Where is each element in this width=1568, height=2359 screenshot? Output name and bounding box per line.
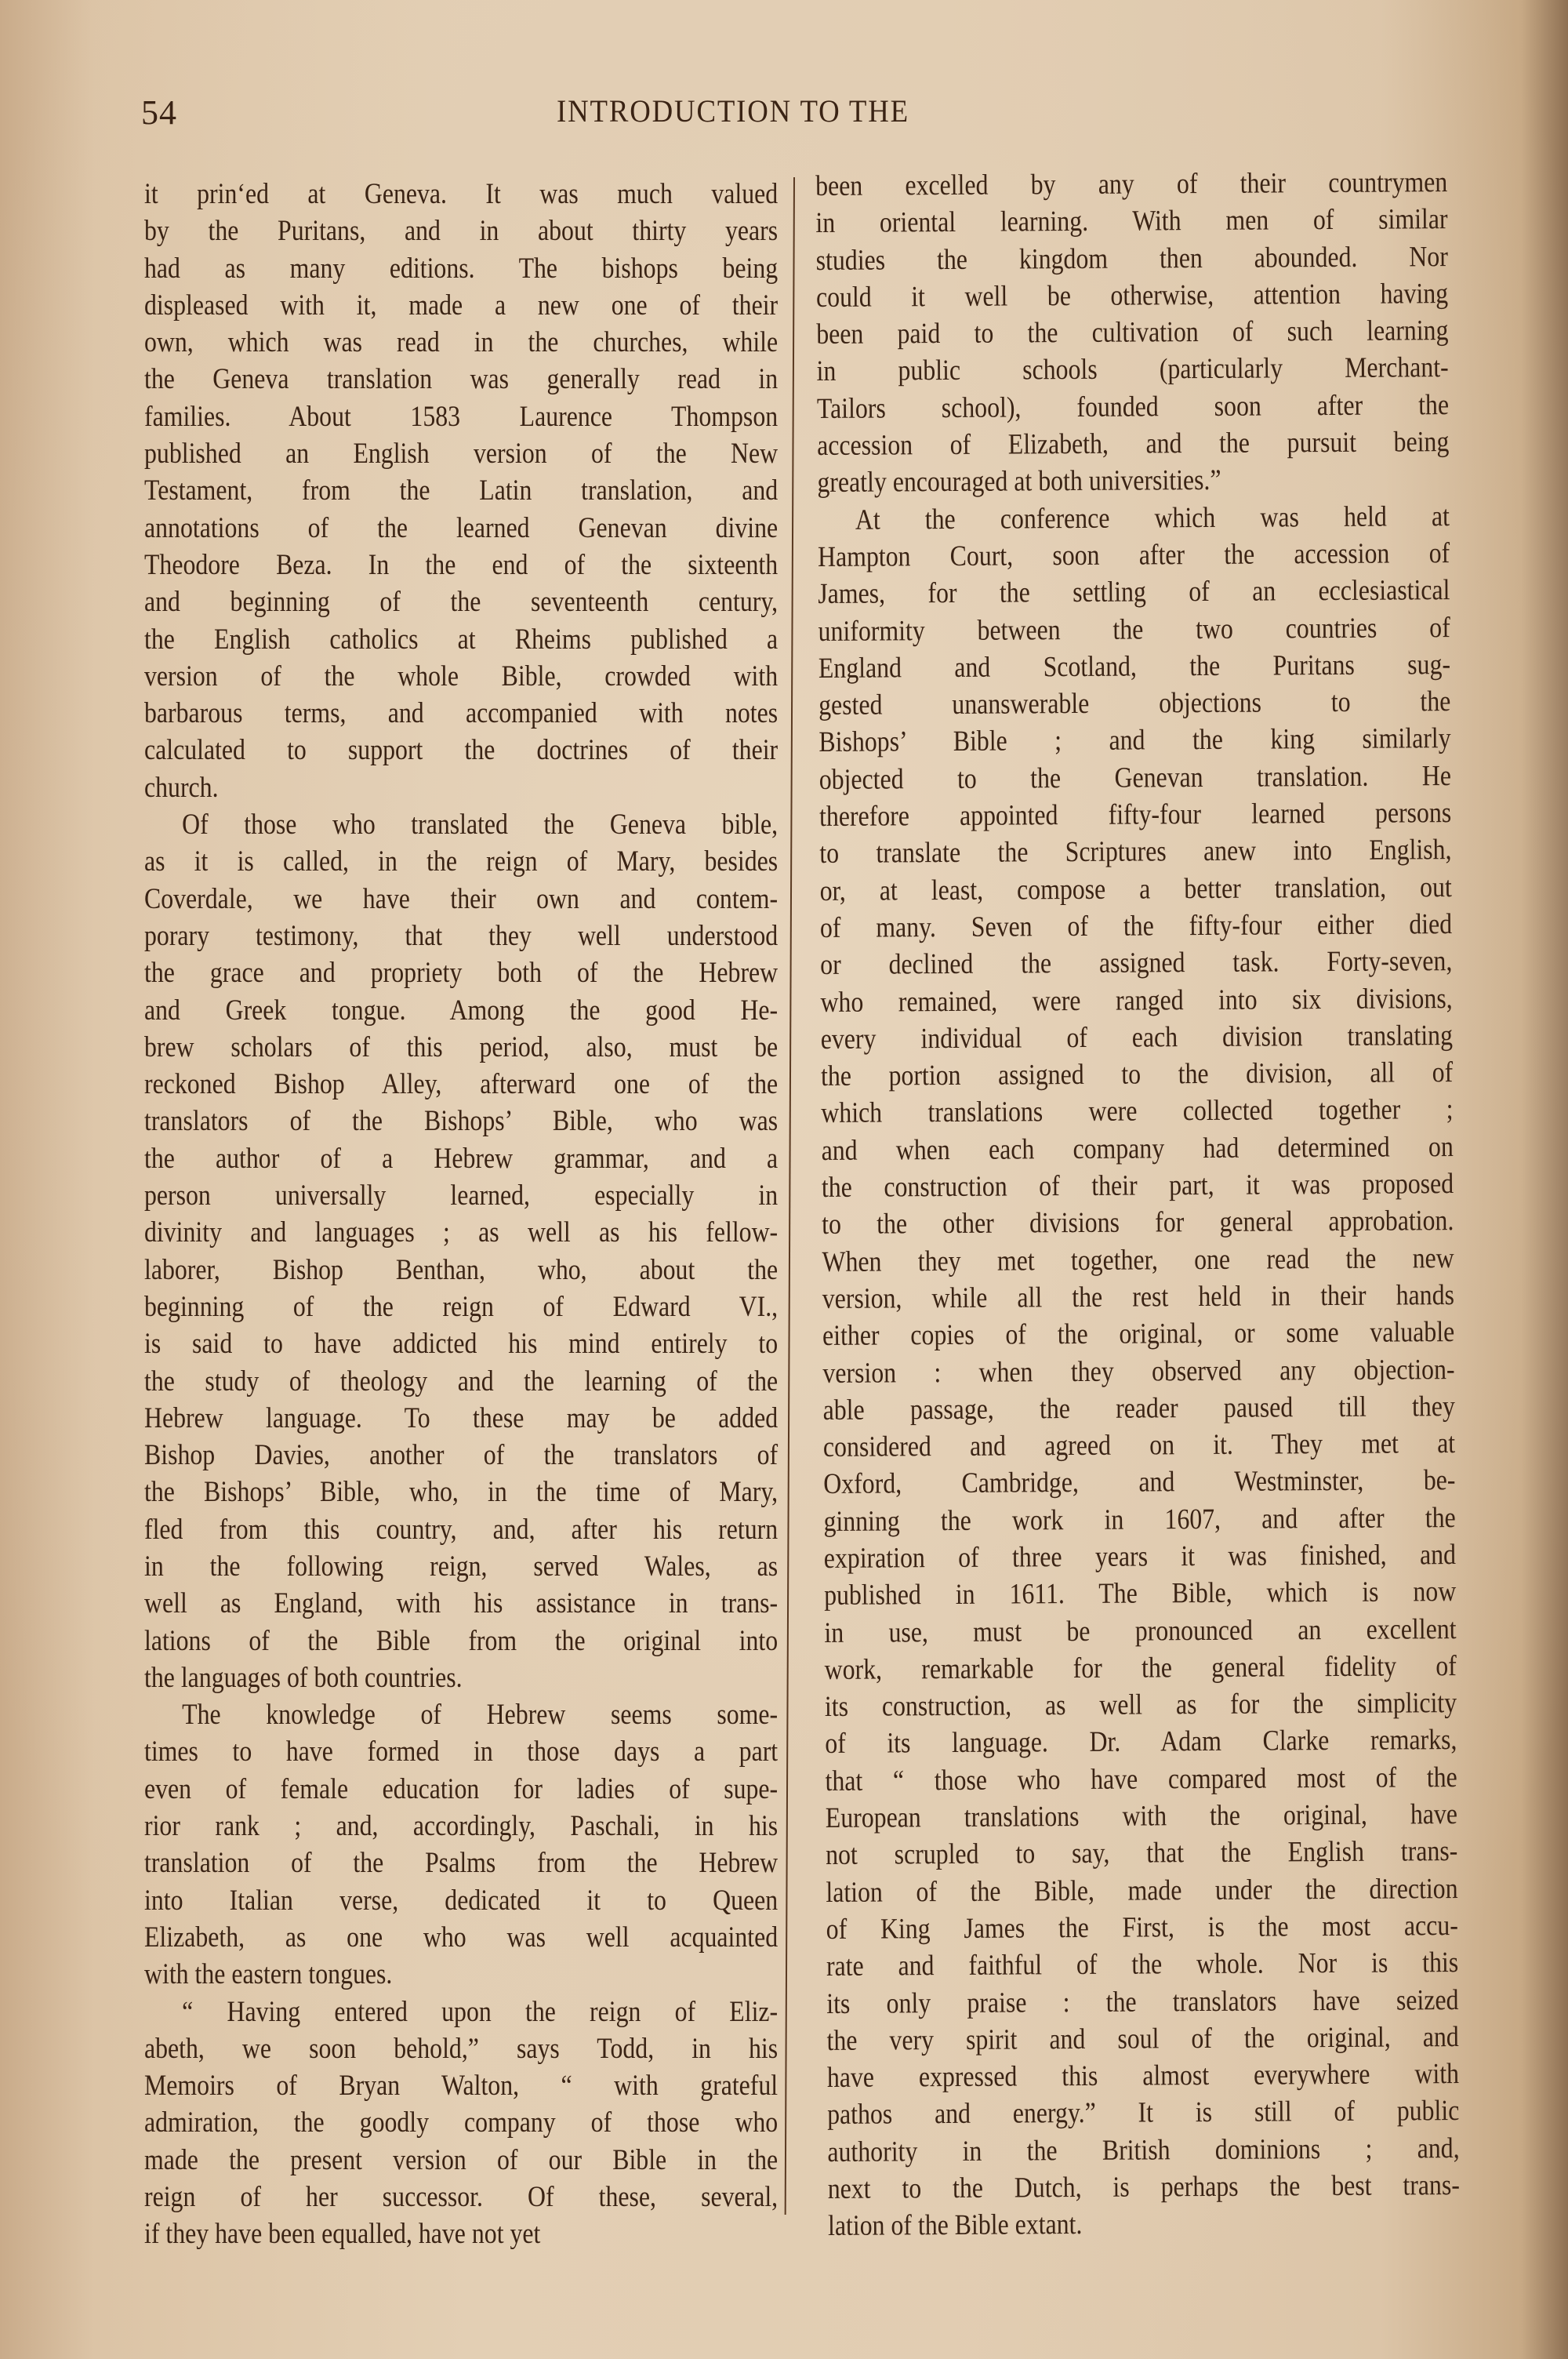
text-line: in use, must be pronounced an excellent xyxy=(824,1611,1456,1652)
text-line: could it well be otherwise, attention ha… xyxy=(816,275,1448,316)
text-line: Bishops’ Bible ; and the king similarly xyxy=(818,721,1450,761)
text-line: own, which was read in the churches, whi… xyxy=(144,324,778,361)
text-line: Bishop Davies, another of the translator… xyxy=(144,1437,778,1474)
text-line: rate and faithful of the whole. Nor is t… xyxy=(826,1944,1458,1985)
text-line: Hampton Court, soon after the accession … xyxy=(818,535,1450,576)
text-line: to translate the Scriptures anew into En… xyxy=(819,831,1451,872)
text-line: or declined the assigned task. Forty-sev… xyxy=(820,943,1452,983)
text-line: families. About 1583 Laurence Thompson xyxy=(144,398,778,435)
text-line: Theodore Beza. In the end of the sixteen… xyxy=(144,547,778,583)
text-line: as it is called, in the reign of Mary, b… xyxy=(144,843,778,880)
text-line: Hebrew language. To these may be added xyxy=(144,1400,778,1437)
text-line: brew scholars of this period, also, must… xyxy=(144,1029,778,1066)
text-line: had as many editions. The bishops being xyxy=(144,250,778,287)
book-page: 54 INTRODUCTION TO THE it prin‘ed at Gen… xyxy=(0,0,1568,2359)
running-title: INTRODUCTION TO THE xyxy=(557,93,909,129)
text-line: Oxford, Cambridge, and Westminster, be- xyxy=(823,1462,1455,1503)
text-line: able passage, the reader paused till the… xyxy=(823,1388,1455,1429)
text-line: expiration of three years it was finishe… xyxy=(824,1536,1456,1577)
text-line: published in 1611. The Bible, which is n… xyxy=(824,1573,1456,1614)
text-line: church. xyxy=(144,769,778,806)
text-line: the author of a Hebrew grammar, and a xyxy=(144,1140,778,1177)
text-line: studies the kingdom then abounded. Nor xyxy=(816,238,1448,279)
text-line: objected to the Genevan translation. He xyxy=(819,758,1451,798)
text-line: laborer, Bishop Benthan, who, about the xyxy=(144,1252,778,1289)
text-line: beginning of the reign of Edward VI., xyxy=(144,1289,778,1325)
text-line: calculated to support the doctrines of t… xyxy=(144,732,778,769)
text-line: its only praise : the translators have s… xyxy=(826,1982,1458,2023)
text-line: pathos and energy.” It is still of publi… xyxy=(827,2092,1459,2133)
text-line: translators of the Bishops’ Bible, who w… xyxy=(144,1103,778,1140)
text-line: Memoirs of Bryan Walton, “ with grateful xyxy=(144,2067,778,2104)
column-divider xyxy=(785,177,795,2215)
text-line: accession of Elizabeth, and the pursuit … xyxy=(817,423,1449,464)
text-line: and beginning of the seventeenth century… xyxy=(144,583,778,620)
text-line: person universally learned, especially i… xyxy=(144,1177,778,1214)
text-line: lation of the Bible extant. xyxy=(828,2204,1460,2245)
text-line: work, remarkable for the general fidelit… xyxy=(825,1648,1457,1688)
text-line: of its language. Dr. Adam Clarke remarks… xyxy=(825,1722,1457,1763)
text-line: At the conference which was held at xyxy=(818,498,1450,539)
text-line: is said to have addicted his mind entire… xyxy=(144,1325,778,1362)
text-line: fled from this country, and, after his r… xyxy=(144,1511,778,1548)
text-line: therefore appointed fifty-four learned p… xyxy=(819,794,1451,835)
text-line: not scrupled to say, that the English tr… xyxy=(826,1833,1457,1874)
text-line: Elizabeth, as one who was well acquainte… xyxy=(144,1919,778,1956)
text-line: the English catholics at Rheims publishe… xyxy=(144,621,778,658)
text-line: The knowledge of Hebrew seems some- xyxy=(144,1696,778,1733)
text-line: or, at least, compose a better translati… xyxy=(819,869,1451,910)
text-line: been excelled by any of their countrymen xyxy=(815,164,1447,205)
text-line: the languages of both countries. xyxy=(144,1659,778,1696)
text-line: translation of the Psalms from the Hebre… xyxy=(144,1845,778,1881)
text-line: James, for the settling of an ecclesiast… xyxy=(818,572,1450,612)
text-line: gested unanswerable objections to the xyxy=(818,683,1450,724)
text-line: every individual of each division transl… xyxy=(821,1017,1453,1058)
text-line: admiration, the goodly company of those … xyxy=(144,2104,778,2141)
text-line: into Italian verse, dedicated it to Quee… xyxy=(144,1882,778,1919)
text-line: the Bishops’ Bible, who, in the time of … xyxy=(144,1474,778,1510)
text-line: barbarous terms, and accompanied with no… xyxy=(144,695,778,732)
text-line: reckoned Bishop Alley, afterward one of … xyxy=(144,1066,778,1103)
text-line: authority in the British dominions ; and… xyxy=(827,2130,1459,2171)
text-line: annotations of the learned Genevan divin… xyxy=(144,510,778,547)
text-line: considered and agreed on it. They met at xyxy=(823,1425,1455,1466)
text-line: in oriental learning. With men of simila… xyxy=(815,201,1447,242)
text-line: either copies of the original, or some v… xyxy=(822,1314,1454,1354)
text-line: porary testimony, that they well underst… xyxy=(144,918,778,954)
text-line: Coverdale, we have their own and contem- xyxy=(144,881,778,918)
text-line: which translations were collected togeth… xyxy=(821,1091,1453,1132)
text-line: in the following reign, served Wales, as xyxy=(144,1548,778,1585)
text-line: of many. Seven of the fifty-four either … xyxy=(820,906,1452,947)
text-line: its construction, as well as for the sim… xyxy=(825,1685,1457,1725)
text-line: well as England, with his assistance in … xyxy=(144,1585,778,1622)
text-line: been paid to the cultivation of such lea… xyxy=(816,312,1448,353)
text-line: uniformity between the two countries of xyxy=(818,609,1450,650)
text-line: made the present version of our Bible in… xyxy=(144,2142,778,2179)
text-line: England and Scotland, the Puritans sug- xyxy=(818,646,1450,687)
text-line: displeased with it, made a new one of th… xyxy=(144,287,778,324)
text-line: divinity and languages ; as well as his … xyxy=(144,1214,778,1251)
text-line: the construction of their part, it was p… xyxy=(822,1165,1454,1206)
text-line: abeth, we soon behold,” says Todd, in hi… xyxy=(144,2030,778,2067)
page-number: 54 xyxy=(141,93,177,133)
text-line: times to have formed in those days a par… xyxy=(144,1733,778,1770)
text-line: and Greek tongue. Among the good He- xyxy=(144,992,778,1029)
text-line: the portion assigned to the division, al… xyxy=(821,1054,1453,1095)
text-line: lation of the Bible, made under the dire… xyxy=(826,1870,1457,1911)
text-line: the study of theology and the learning o… xyxy=(144,1363,778,1400)
text-line: Tailors school), founded soon after the xyxy=(817,387,1449,427)
text-line: “ Having entered upon the reign of Eliz- xyxy=(144,1994,778,2030)
text-line: Of those who translated the Geneva bible… xyxy=(144,806,778,843)
text-line: ginning the work in 1607, and after the xyxy=(823,1499,1455,1540)
text-line: reign of her successor. Of these, severa… xyxy=(144,2179,778,2215)
text-line: Testament, from the Latin translation, a… xyxy=(144,472,778,509)
text-line: if they have been equalled, have not yet xyxy=(144,2215,778,2252)
text-line: European translations with the original,… xyxy=(826,1796,1457,1837)
text-line: next to the Dutch, is perhaps the best t… xyxy=(828,2167,1460,2208)
text-line: lations of the Bible from the original i… xyxy=(144,1623,778,1659)
text-line: by the Puritans, and in about thirty yea… xyxy=(144,213,778,249)
right-column: been excelled by any of their countrymen… xyxy=(815,164,1460,2245)
text-line: version, while all the rest held in thei… xyxy=(822,1277,1454,1318)
text-line: rior rank ; and, accordingly, Paschali, … xyxy=(144,1808,778,1845)
text-line: version : when they observed any objecti… xyxy=(822,1351,1454,1392)
text-line: with the eastern tongues. xyxy=(144,1956,778,1993)
text-line: and when each company had determined on xyxy=(822,1129,1454,1169)
text-line: greatly encouraged at both universities.… xyxy=(817,460,1449,501)
text-line: the Geneva translation was generally rea… xyxy=(144,361,778,398)
left-column: it prin‘ed at Geneva. It was much valued… xyxy=(144,176,778,2253)
text-line: the very spirit and soul of the original… xyxy=(826,2019,1458,2059)
text-line: have expressed this almost everywhere wi… xyxy=(827,2055,1459,2096)
text-line: even of female education for ladies of s… xyxy=(144,1771,778,1808)
text-line: of King James the First, is the most acc… xyxy=(826,1907,1458,1948)
text-line: When they met together, one read the new xyxy=(822,1240,1454,1281)
text-line: that “ those who have compared most of t… xyxy=(825,1759,1457,1800)
text-line: it prin‘ed at Geneva. It was much valued xyxy=(144,176,778,213)
text-line: in public schools (particularly Merchant… xyxy=(816,350,1448,391)
text-line: to the other divisions for general appro… xyxy=(822,1202,1454,1243)
text-line: published an English version of the New xyxy=(144,435,778,472)
running-head: 54 INTRODUCTION TO THE xyxy=(141,93,1411,140)
text-line: who remained, were ranged into six divis… xyxy=(820,980,1452,1021)
text-line: the grace and propriety both of the Hebr… xyxy=(144,954,778,991)
text-line: version of the whole Bible, crowded with xyxy=(144,658,778,695)
